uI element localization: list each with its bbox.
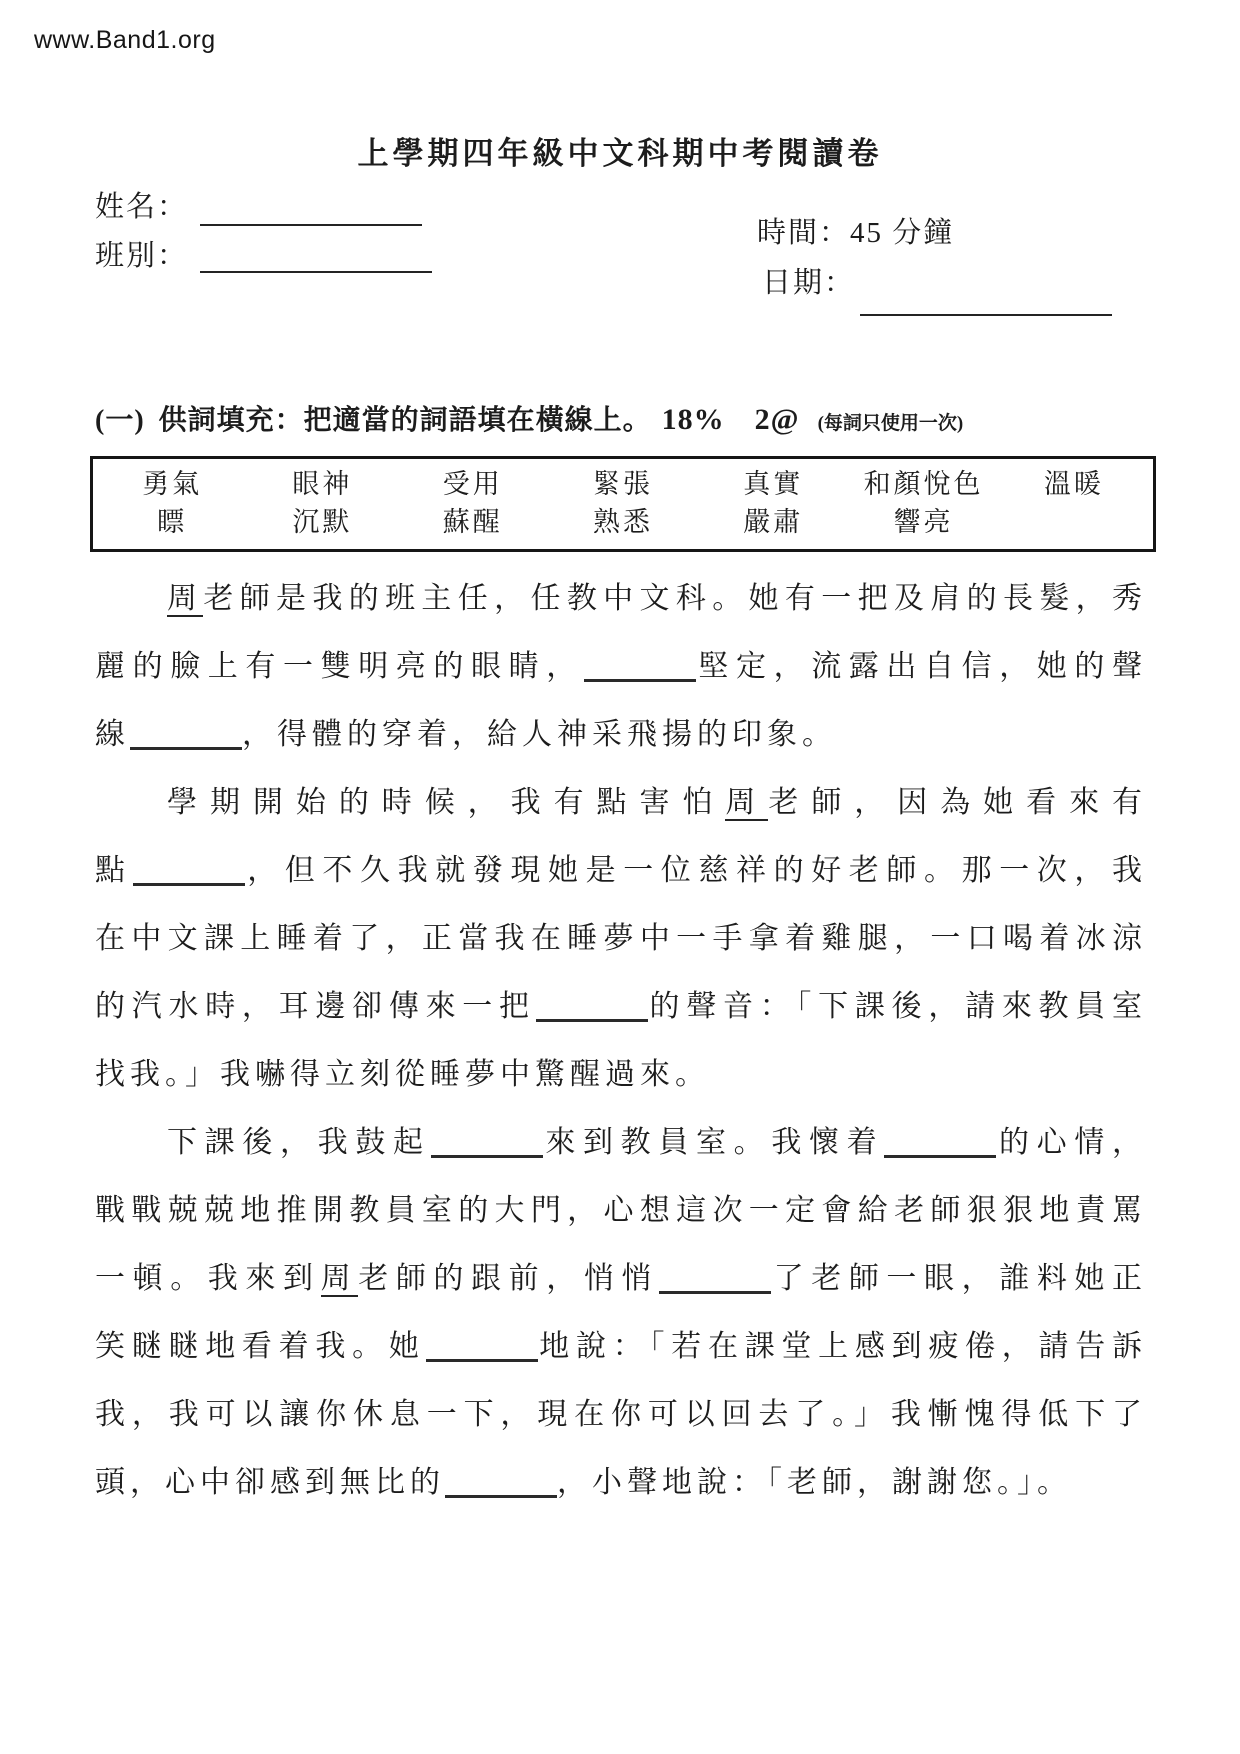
- word-bank-item: 嚴肅: [698, 503, 848, 541]
- passage-line: 麗的臉上有一雙明亮的眼睛，堅定，流露出自信，她的聲: [95, 633, 1147, 701]
- word-bank-item: 勇氣: [97, 465, 247, 503]
- passage-text: 老師的跟前，悄悄: [358, 1262, 659, 1295]
- name-label: 姓名：: [95, 191, 188, 223]
- passage-text: 點: [95, 854, 133, 887]
- class-field: 班別：: [95, 233, 188, 274]
- passage-line: 頭，心中卻感到無比的，小聲地說：「老師，謝謝您。」。: [95, 1449, 1147, 1517]
- name-field: 姓名：: [95, 184, 188, 225]
- passage-text: 下課後，我鼓起: [167, 1126, 431, 1159]
- fill-in-blank[interactable]: [584, 678, 696, 682]
- passage-text: 堅定，流露出自信，她的聲: [696, 650, 1147, 683]
- passage-line: 找我。」我嚇得立刻從睡夢中驚醒過來。: [95, 1041, 1147, 1109]
- passage-text: ，得體的穿着，給人神采飛揚的印象。: [242, 718, 837, 751]
- passage-text: 頭，心中卻感到無比的: [95, 1466, 445, 1499]
- passage-line: 線，得體的穿着，給人神采飛揚的印象。: [95, 701, 1147, 769]
- word-bank-row: 瞟沉默蘇醒熟悉嚴肅響亮: [97, 503, 1149, 541]
- passage-line: 的汽水時，耳邊卻傳來一把的聲音：「下課後，請來教員室: [95, 973, 1147, 1041]
- time-label: 時間：: [757, 217, 850, 249]
- date-field: 日期：: [762, 260, 855, 301]
- passage-text: 線: [95, 718, 130, 751]
- passage-text: 的汽水時，耳邊卻傳來一把: [95, 990, 536, 1023]
- word-bank-item: 沉默: [247, 503, 397, 541]
- passage-text: ，但不久我就發現她是一位慈祥的好老師。那一次，我: [245, 854, 1147, 887]
- fill-in-blank[interactable]: [426, 1358, 538, 1362]
- word-bank-item: 瞟: [97, 503, 247, 541]
- passage-text: 在中文課上睡着了，正當我在睡夢中一手拿着雞腿，一口喝着冰涼: [95, 922, 1147, 955]
- passage-line: 在中文課上睡着了，正當我在睡夢中一手拿着雞腿，一口喝着冰涼: [95, 905, 1147, 973]
- fill-in-blank[interactable]: [445, 1494, 557, 1498]
- passage-text: 的聲音：「下課後，請來教員室: [648, 990, 1147, 1023]
- passage-line: 戰戰兢兢地推開教員室的大門，心想這次一定會給老師狠狠地責罵: [95, 1177, 1147, 1245]
- passage-text: 一頓。我來到: [95, 1262, 321, 1295]
- passage-line: 點，但不久我就發現她是一位慈祥的好老師。那一次，我: [95, 837, 1147, 905]
- page-title: 上學期四年級中文科期中考閱讀卷: [0, 128, 1240, 173]
- fill-in-blank[interactable]: [659, 1290, 771, 1294]
- passage-text: 麗的臉上有一雙明亮的眼睛，: [95, 650, 584, 683]
- passage-line: 學期開始的時候，我有點害怕周老師，因為她看來有: [95, 769, 1147, 837]
- passage-text: 老師，因為她看來有: [768, 786, 1147, 819]
- word-bank-item: 溫暖: [999, 465, 1149, 503]
- time-value: 45 分鐘: [850, 217, 954, 249]
- passage-text: 學期開始的時候，我有點害怕: [167, 786, 725, 819]
- passage-text: 老師是我的班主任，任教中文科。她有一把及肩的長髮，秀: [203, 582, 1147, 615]
- passage-text: 來到教員室。我懷着: [543, 1126, 885, 1159]
- proper-noun-underlined: 周: [167, 582, 203, 617]
- passage-text: 地說：「若在課堂上感到疲倦，請告訴: [538, 1330, 1147, 1363]
- word-bank-item: 響亮: [848, 503, 998, 541]
- exam-paper-page: www.Band1.org 上學期四年級中文科期中考閱讀卷 姓名： 班別： 時間…: [0, 0, 1240, 1754]
- section-heading: (一)供詞填充：把適當的詞語填在橫線上。18%2@(每詞只使用一次): [95, 398, 1165, 438]
- word-bank-item: 眼神: [247, 465, 397, 503]
- class-underline[interactable]: [200, 271, 432, 273]
- word-bank-item: 受用: [398, 465, 548, 503]
- section-per-item-marks: 2@: [755, 403, 800, 436]
- word-bank-item: 蘇醒: [398, 503, 548, 541]
- fill-in-blank[interactable]: [431, 1154, 543, 1158]
- word-bank-item: 熟悉: [548, 503, 698, 541]
- word-bank-item: 緊張: [548, 465, 698, 503]
- word-bank-item: 和顏悅色: [848, 465, 998, 503]
- fill-in-blank[interactable]: [130, 746, 242, 750]
- proper-noun-underlined: 周: [725, 786, 768, 821]
- site-watermark: www.Band1.org: [34, 26, 216, 55]
- word-bank-item: 真實: [698, 465, 848, 503]
- word-bank: 勇氣眼神受用緊張真實和顏悅色溫暖瞟沉默蘇醒熟悉嚴肅響亮: [90, 456, 1156, 552]
- passage-line: 下課後，我鼓起來到教員室。我懷着的心情，: [95, 1109, 1147, 1177]
- passage: 周老師是我的班主任，任教中文科。她有一把及肩的長髮，秀麗的臉上有一雙明亮的眼睛，…: [95, 565, 1147, 1517]
- section-number: (一): [95, 405, 145, 436]
- fill-in-blank[interactable]: [884, 1154, 996, 1158]
- section-instruction: 供詞填充：把適當的詞語填在橫線上。: [159, 405, 652, 436]
- passage-line: 周老師是我的班主任，任教中文科。她有一把及肩的長髮，秀: [95, 565, 1147, 633]
- passage-text: 笑瞇瞇地看着我。她: [95, 1330, 426, 1363]
- name-underline[interactable]: [200, 224, 422, 226]
- passage-text: 的心情，: [996, 1126, 1147, 1159]
- passage-text: 了老師一眼，誰料她正: [771, 1262, 1147, 1295]
- word-bank-empty-cell: [999, 503, 1149, 541]
- section-marks: 18%: [662, 403, 725, 436]
- proper-noun-underlined: 周: [321, 1262, 359, 1297]
- passage-text: 戰戰兢兢地推開教員室的大門，心想這次一定會給老師狠狠地責罵: [95, 1194, 1147, 1227]
- passage-line: 我，我可以讓你休息一下，現在你可以回去了。」我慚愧得低下了: [95, 1381, 1147, 1449]
- section-note: (每詞只使用一次): [818, 413, 964, 434]
- passage-line: 一頓。我來到周老師的跟前，悄悄了老師一眼，誰料她正: [95, 1245, 1147, 1313]
- passage-text: 找我。」我嚇得立刻從睡夢中驚醒過來。: [95, 1058, 710, 1091]
- word-bank-row: 勇氣眼神受用緊張真實和顏悅色溫暖: [97, 465, 1149, 503]
- passage-text: ，小聲地說：「老師，謝謝您。」。: [557, 1466, 1072, 1499]
- fill-in-blank[interactable]: [133, 882, 245, 886]
- date-underline[interactable]: [860, 314, 1112, 316]
- passage-line: 笑瞇瞇地看着我。她地說：「若在課堂上感到疲倦，請告訴: [95, 1313, 1147, 1381]
- fill-in-blank[interactable]: [536, 1018, 648, 1022]
- date-label: 日期：: [762, 267, 855, 299]
- passage-text: 我，我可以讓你休息一下，現在你可以回去了。」我慚愧得低下了: [95, 1398, 1147, 1431]
- class-label: 班別：: [95, 240, 188, 272]
- time-field: 時間：45 分鐘: [757, 210, 954, 251]
